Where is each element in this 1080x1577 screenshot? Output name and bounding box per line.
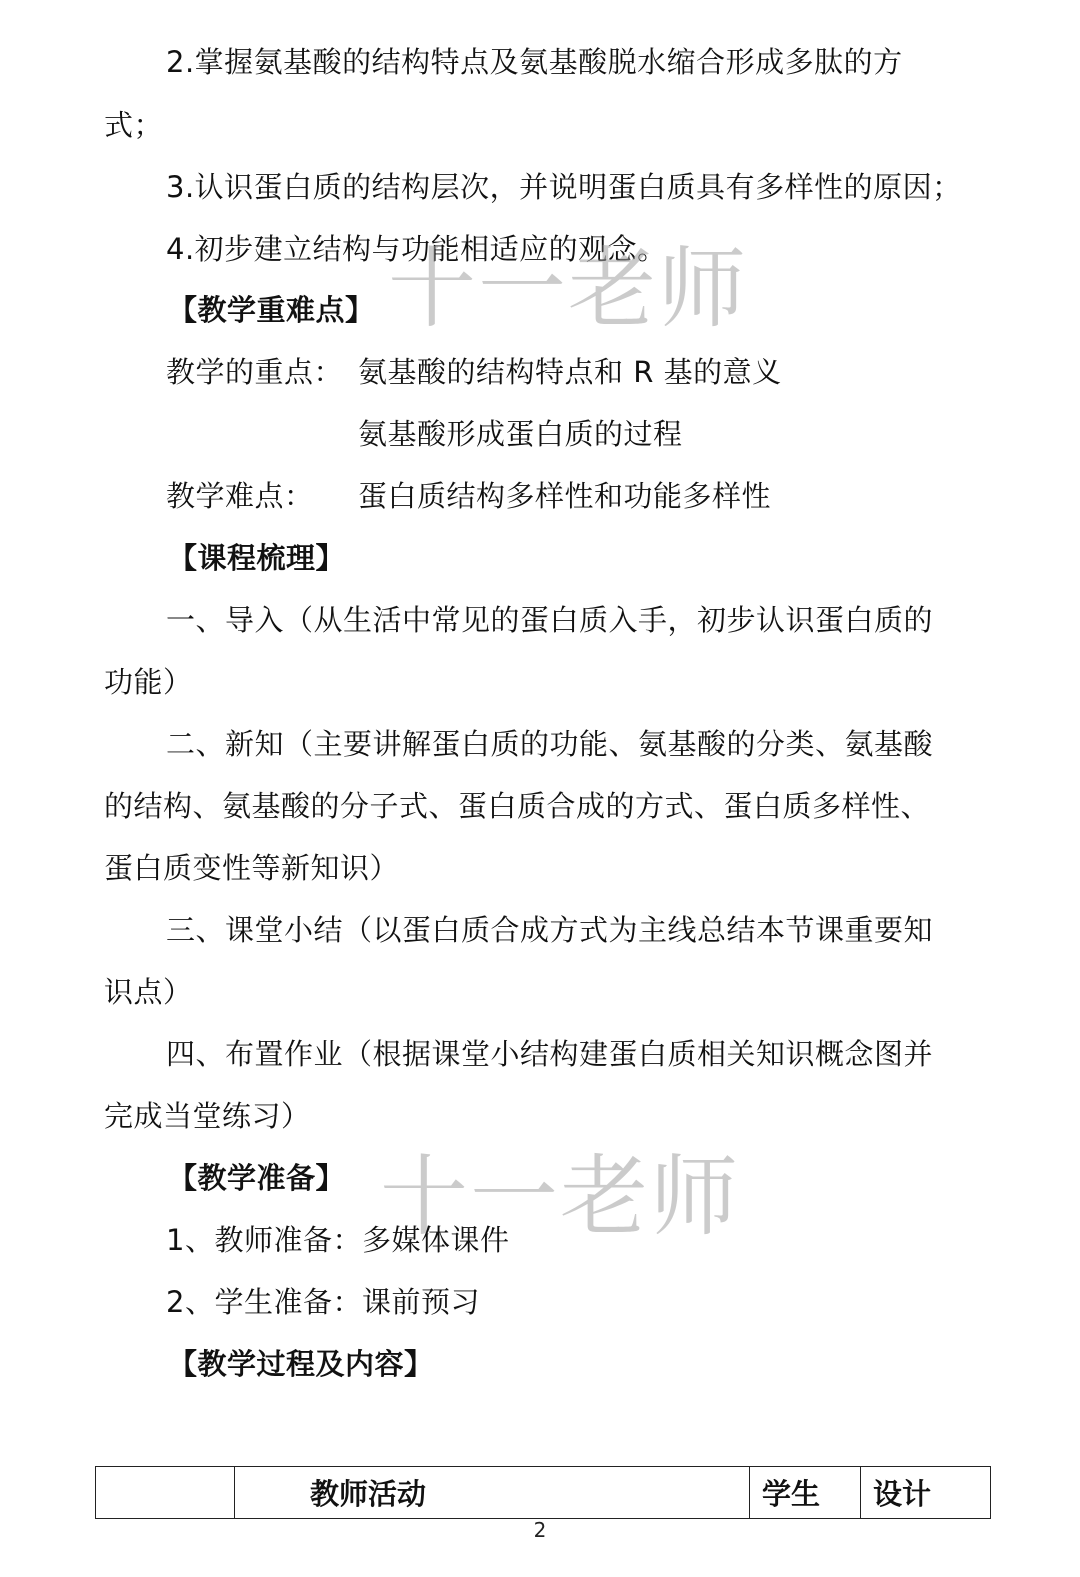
- difficulty-item: 蛋白质结构多样性和功能多样性: [358, 478, 771, 514]
- table-header-teacher-activity: 教师活动: [235, 1467, 750, 1519]
- outline-item-3-line1: 三、课堂小结（以蛋白质合成方式为主线总结本节课重要知: [166, 912, 933, 948]
- outline-item-4-line2: 完成当堂练习）: [104, 1098, 311, 1134]
- process-heading: 【教学过程及内容】: [168, 1346, 434, 1382]
- table-header-row: 教师活动 学生 设计: [96, 1467, 991, 1519]
- key-points-heading: 【教学重难点】: [168, 292, 375, 328]
- outline-item-2-line3: 蛋白质变性等新知识）: [104, 850, 399, 886]
- student-preparation: 2、学生准备：课前预习: [166, 1284, 480, 1320]
- objective-4: 4.初步建立结构与功能相适应的观念。: [166, 231, 667, 267]
- teacher-preparation: 1、教师准备：多媒体课件: [166, 1222, 509, 1258]
- objective-2-line1: 2.掌握氨基酸的结构特点及氨基酸脱水缩合形成多肽的方: [166, 44, 903, 80]
- page-number: 2: [0, 1518, 1080, 1542]
- focus-item-2: 氨基酸形成蛋白质的过程: [358, 416, 683, 452]
- outline-item-2-line1: 二、新知（主要讲解蛋白质的功能、氨基酸的分类、氨基酸: [166, 726, 933, 762]
- objective-2-line2: 式；: [104, 107, 163, 143]
- preparation-heading: 【教学准备】: [168, 1160, 345, 1196]
- difficulty-label: 教学难点：: [166, 478, 314, 514]
- table-header-design: 设计: [861, 1467, 991, 1519]
- focus-label: 教学的重点：: [166, 354, 343, 390]
- outline-heading: 【课程梳理】: [168, 540, 345, 576]
- objective-3: 3.认识蛋白质的结构层次，并说明蛋白质具有多样性的原因；: [166, 169, 962, 205]
- outline-item-3-line2: 识点）: [104, 974, 193, 1010]
- outline-item-2-line2: 的结构、氨基酸的分子式、蛋白质合成的方式、蛋白质多样性、: [104, 788, 930, 824]
- outline-item-1-line1: 一、导入（从生活中常见的蛋白质入手，初步认识蛋白质的: [166, 602, 933, 638]
- focus-item-1: 氨基酸的结构特点和 R 基的意义: [358, 354, 782, 390]
- process-table: 教师活动 学生 设计: [95, 1466, 991, 1519]
- outline-item-4-line1: 四、布置作业（根据课堂小结构建蛋白质相关知识概念图并: [166, 1036, 933, 1072]
- table-header-student: 学生: [750, 1467, 861, 1519]
- outline-item-1-line2: 功能）: [104, 664, 193, 700]
- table-header-blank: [96, 1467, 235, 1519]
